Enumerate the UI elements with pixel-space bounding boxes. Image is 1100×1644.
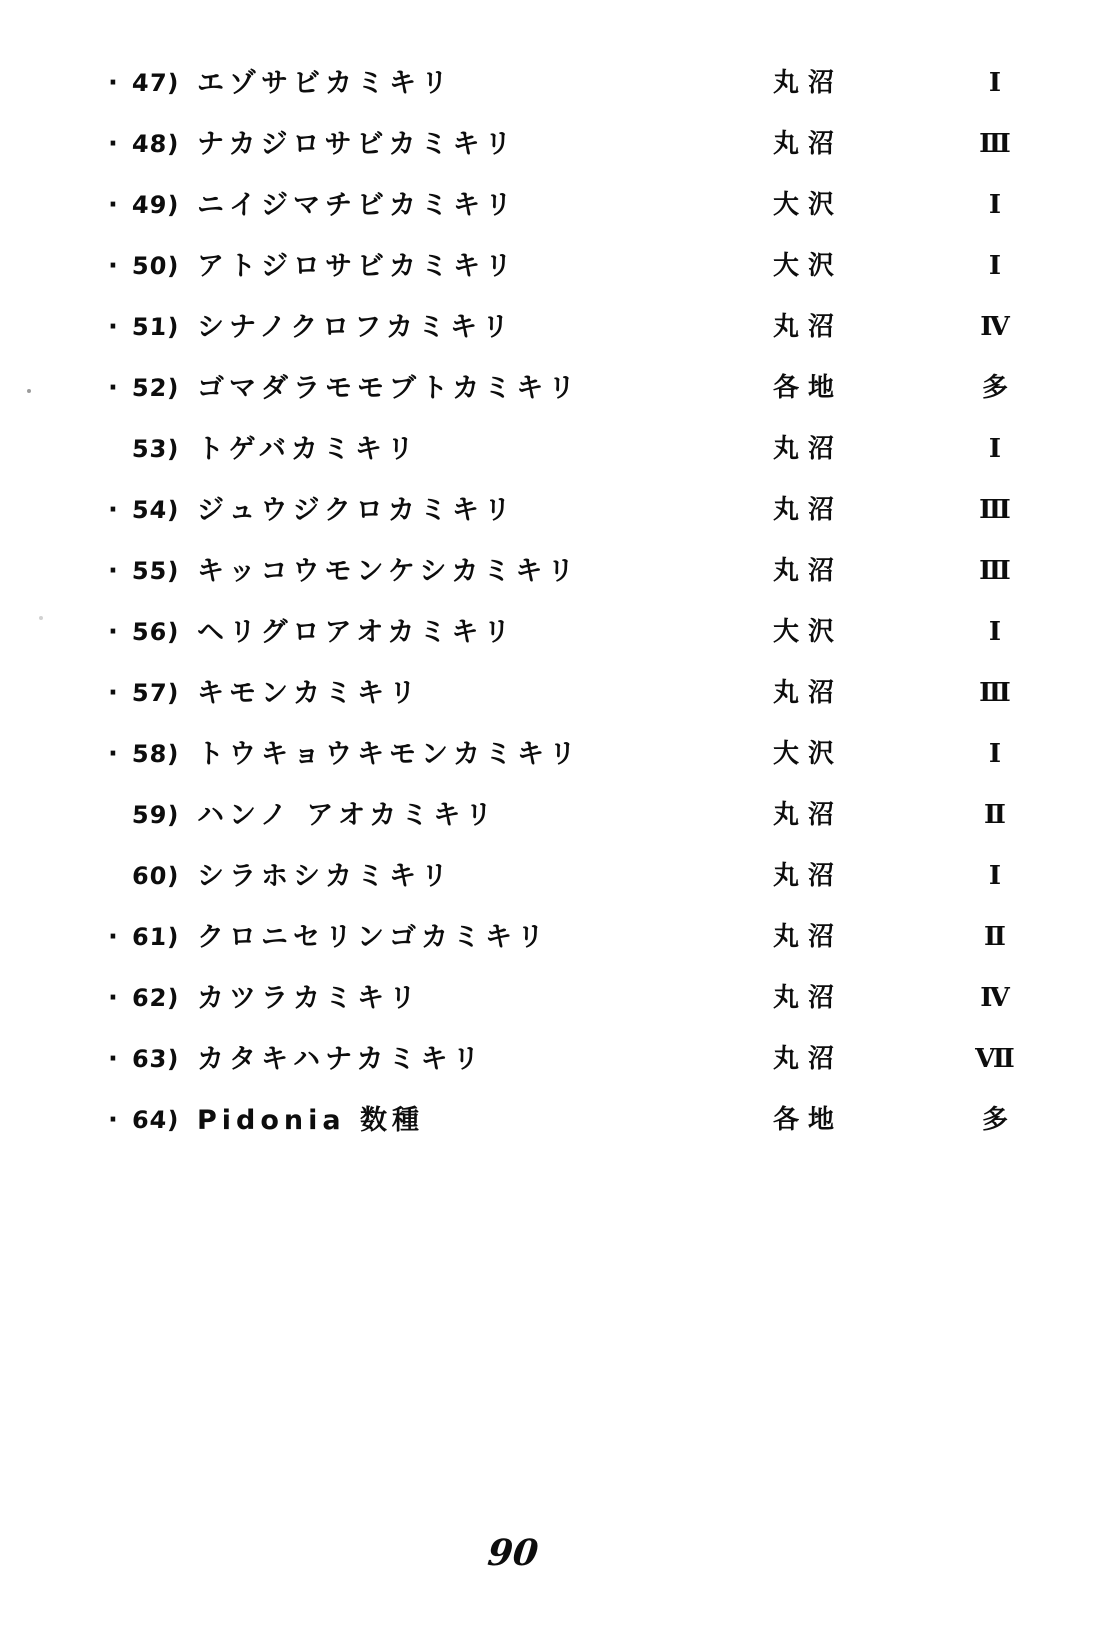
locality-label: 丸沼	[773, 419, 843, 480]
abundance-numeral: Ⅲ	[930, 480, 1060, 541]
scan-speck	[27, 389, 31, 393]
entry-dot: ·	[98, 724, 128, 785]
locality-label: 各地	[773, 1090, 843, 1151]
locality-label: 丸沼	[773, 53, 843, 114]
locality-label: 大沢	[773, 724, 843, 785]
entry-dot: ·	[98, 602, 128, 663]
abundance-numeral: Ⅳ	[930, 968, 1060, 1029]
entry-number: 59)	[130, 785, 193, 846]
entry-number: 57)	[130, 663, 193, 724]
entry-dot: ·	[98, 236, 128, 297]
species-name: キッコウモンケシカミキリ	[197, 541, 579, 602]
list-item: 59) ハンノ アオカミキリ 丸沼 Ⅱ	[0, 785, 1100, 846]
species-name: シナノクロフカミキリ	[197, 297, 514, 358]
entry-number: 49)	[130, 175, 193, 236]
entry-dot: ·	[98, 1090, 128, 1151]
entry-dot: ·	[98, 968, 128, 1029]
locality-label: 丸沼	[773, 541, 843, 602]
locality-label: 丸沼	[773, 297, 843, 358]
list-item: · 56) ヘリグロアオカミキリ 大沢 Ⅰ	[0, 602, 1100, 663]
document-page: · 47) エゾサビカミキリ 丸沼 Ⅰ · 48) ナカジロサビカミキリ 丸沼 …	[0, 0, 1100, 1644]
species-name: ナカジロサビカミキリ	[197, 114, 516, 175]
species-name: カツラカミキリ	[197, 968, 421, 1029]
abundance-numeral: Ⅳ	[930, 297, 1060, 358]
entry-number: 52)	[130, 358, 193, 419]
locality-label: 丸沼	[773, 480, 843, 541]
page-number: 90	[476, 1532, 550, 1574]
abundance-numeral: Ⅶ	[930, 1029, 1060, 1090]
species-name: カタキハナカミキリ	[197, 1029, 484, 1090]
entry-dot: ·	[98, 297, 128, 358]
species-name: トウキョウキモンカミキリ	[197, 724, 581, 785]
locality-label: 大沢	[773, 236, 843, 297]
list-item: · 57) キモンカミキリ 丸沼 Ⅲ	[0, 663, 1100, 724]
abundance-numeral: Ⅰ	[930, 846, 1060, 907]
locality-label: 丸沼	[773, 907, 843, 968]
abundance-numeral: Ⅰ	[930, 724, 1060, 785]
locality-label: 丸沼	[773, 968, 843, 1029]
entry-dot: ·	[98, 663, 128, 724]
entry-number: 56)	[130, 602, 193, 663]
entry-number: 60)	[130, 846, 193, 907]
entry-dot: ·	[98, 541, 128, 602]
abundance-numeral: 多	[930, 1090, 1060, 1151]
abundance-numeral: Ⅱ	[930, 907, 1060, 968]
locality-label: 大沢	[773, 175, 843, 236]
list-item: · 51) シナノクロフカミキリ 丸沼 Ⅳ	[0, 297, 1100, 358]
locality-label: 丸沼	[773, 846, 843, 907]
list-item: · 52) ゴマダラモモブトカミキリ 各地 多	[0, 358, 1100, 419]
species-name: アトジロサビカミキリ	[197, 236, 517, 297]
entry-number: 64)	[130, 1090, 193, 1151]
abundance-numeral: Ⅲ	[930, 541, 1060, 602]
entry-dot: ·	[98, 358, 128, 419]
species-name: ヘリグロアオカミキリ	[197, 602, 515, 663]
locality-label: 各地	[773, 358, 843, 419]
entry-dot: ·	[98, 907, 128, 968]
species-name: シラホシカミキリ	[197, 846, 453, 907]
list-item: · 49) ニイジマチビカミキリ 大沢 Ⅰ	[0, 175, 1100, 236]
list-item: 60) シラホシカミキリ 丸沼 Ⅰ	[0, 846, 1100, 907]
abundance-numeral: Ⅰ	[930, 175, 1060, 236]
species-name: トゲバカミキリ	[197, 419, 419, 480]
locality-label: 丸沼	[773, 663, 843, 724]
entry-number: 55)	[130, 541, 193, 602]
abundance-numeral: 多	[930, 358, 1060, 419]
species-name: ニイジマチビカミキリ	[197, 175, 517, 236]
list-item: · 61) クロニセリンゴカミキリ 丸沼 Ⅱ	[0, 907, 1100, 968]
scan-speck	[39, 616, 43, 620]
entry-number: 48)	[130, 114, 193, 175]
list-item: · 62) カツラカミキリ 丸沼 Ⅳ	[0, 968, 1100, 1029]
abundance-numeral: Ⅰ	[930, 236, 1060, 297]
abundance-numeral: Ⅲ	[930, 663, 1060, 724]
list-item: 53) トゲバカミキリ 丸沼 Ⅰ	[0, 419, 1100, 480]
species-name: ジュウジクロカミキリ	[197, 480, 516, 541]
entry-number: 61)	[130, 907, 193, 968]
abundance-numeral: Ⅲ	[930, 114, 1060, 175]
entry-number: 51)	[130, 297, 193, 358]
locality-label: 丸沼	[773, 785, 843, 846]
list-item: · 55) キッコウモンケシカミキリ 丸沼 Ⅲ	[0, 541, 1100, 602]
entry-number: 53)	[130, 419, 193, 480]
entry-dot: ·	[98, 175, 128, 236]
entry-number: 54)	[130, 480, 193, 541]
list-item: · 50) アトジロサビカミキリ 大沢 Ⅰ	[0, 236, 1100, 297]
species-name: ゴマダラモモブトカミキリ	[197, 358, 580, 419]
entry-number: 58)	[130, 724, 193, 785]
abundance-numeral: Ⅱ	[930, 785, 1060, 846]
entry-dot: ·	[98, 480, 128, 541]
list-item: · 58) トウキョウキモンカミキリ 大沢 Ⅰ	[0, 724, 1100, 785]
species-name: キモンカミキリ	[197, 663, 421, 724]
entry-dot: ·	[98, 53, 128, 114]
list-item: · 64) Pidonia 数種 各地 多	[0, 1090, 1100, 1151]
species-name: エゾサビカミキリ	[197, 53, 453, 114]
abundance-numeral: Ⅰ	[930, 53, 1060, 114]
entry-dot: ·	[98, 1029, 128, 1090]
entry-number: 63)	[130, 1029, 193, 1090]
locality-label: 丸沼	[773, 1029, 843, 1090]
list-item: · 48) ナカジロサビカミキリ 丸沼 Ⅲ	[0, 114, 1100, 175]
species-name: ハンノ アオカミキリ	[197, 785, 497, 846]
list-item: · 47) エゾサビカミキリ 丸沼 Ⅰ	[0, 53, 1100, 114]
list-item: · 63) カタキハナカミキリ 丸沼 Ⅶ	[0, 1029, 1100, 1090]
entry-number: 47)	[130, 53, 193, 114]
species-name: Pidonia 数種	[197, 1090, 424, 1151]
abundance-numeral: Ⅰ	[930, 419, 1060, 480]
species-name: クロニセリンゴカミキリ	[197, 907, 549, 968]
abundance-numeral: Ⅰ	[930, 602, 1060, 663]
entry-dot: ·	[98, 114, 128, 175]
list-item: · 54) ジュウジクロカミキリ 丸沼 Ⅲ	[0, 480, 1100, 541]
entry-number: 50)	[130, 236, 193, 297]
entry-number: 62)	[130, 968, 193, 1029]
locality-label: 大沢	[773, 602, 843, 663]
locality-label: 丸沼	[773, 114, 843, 175]
